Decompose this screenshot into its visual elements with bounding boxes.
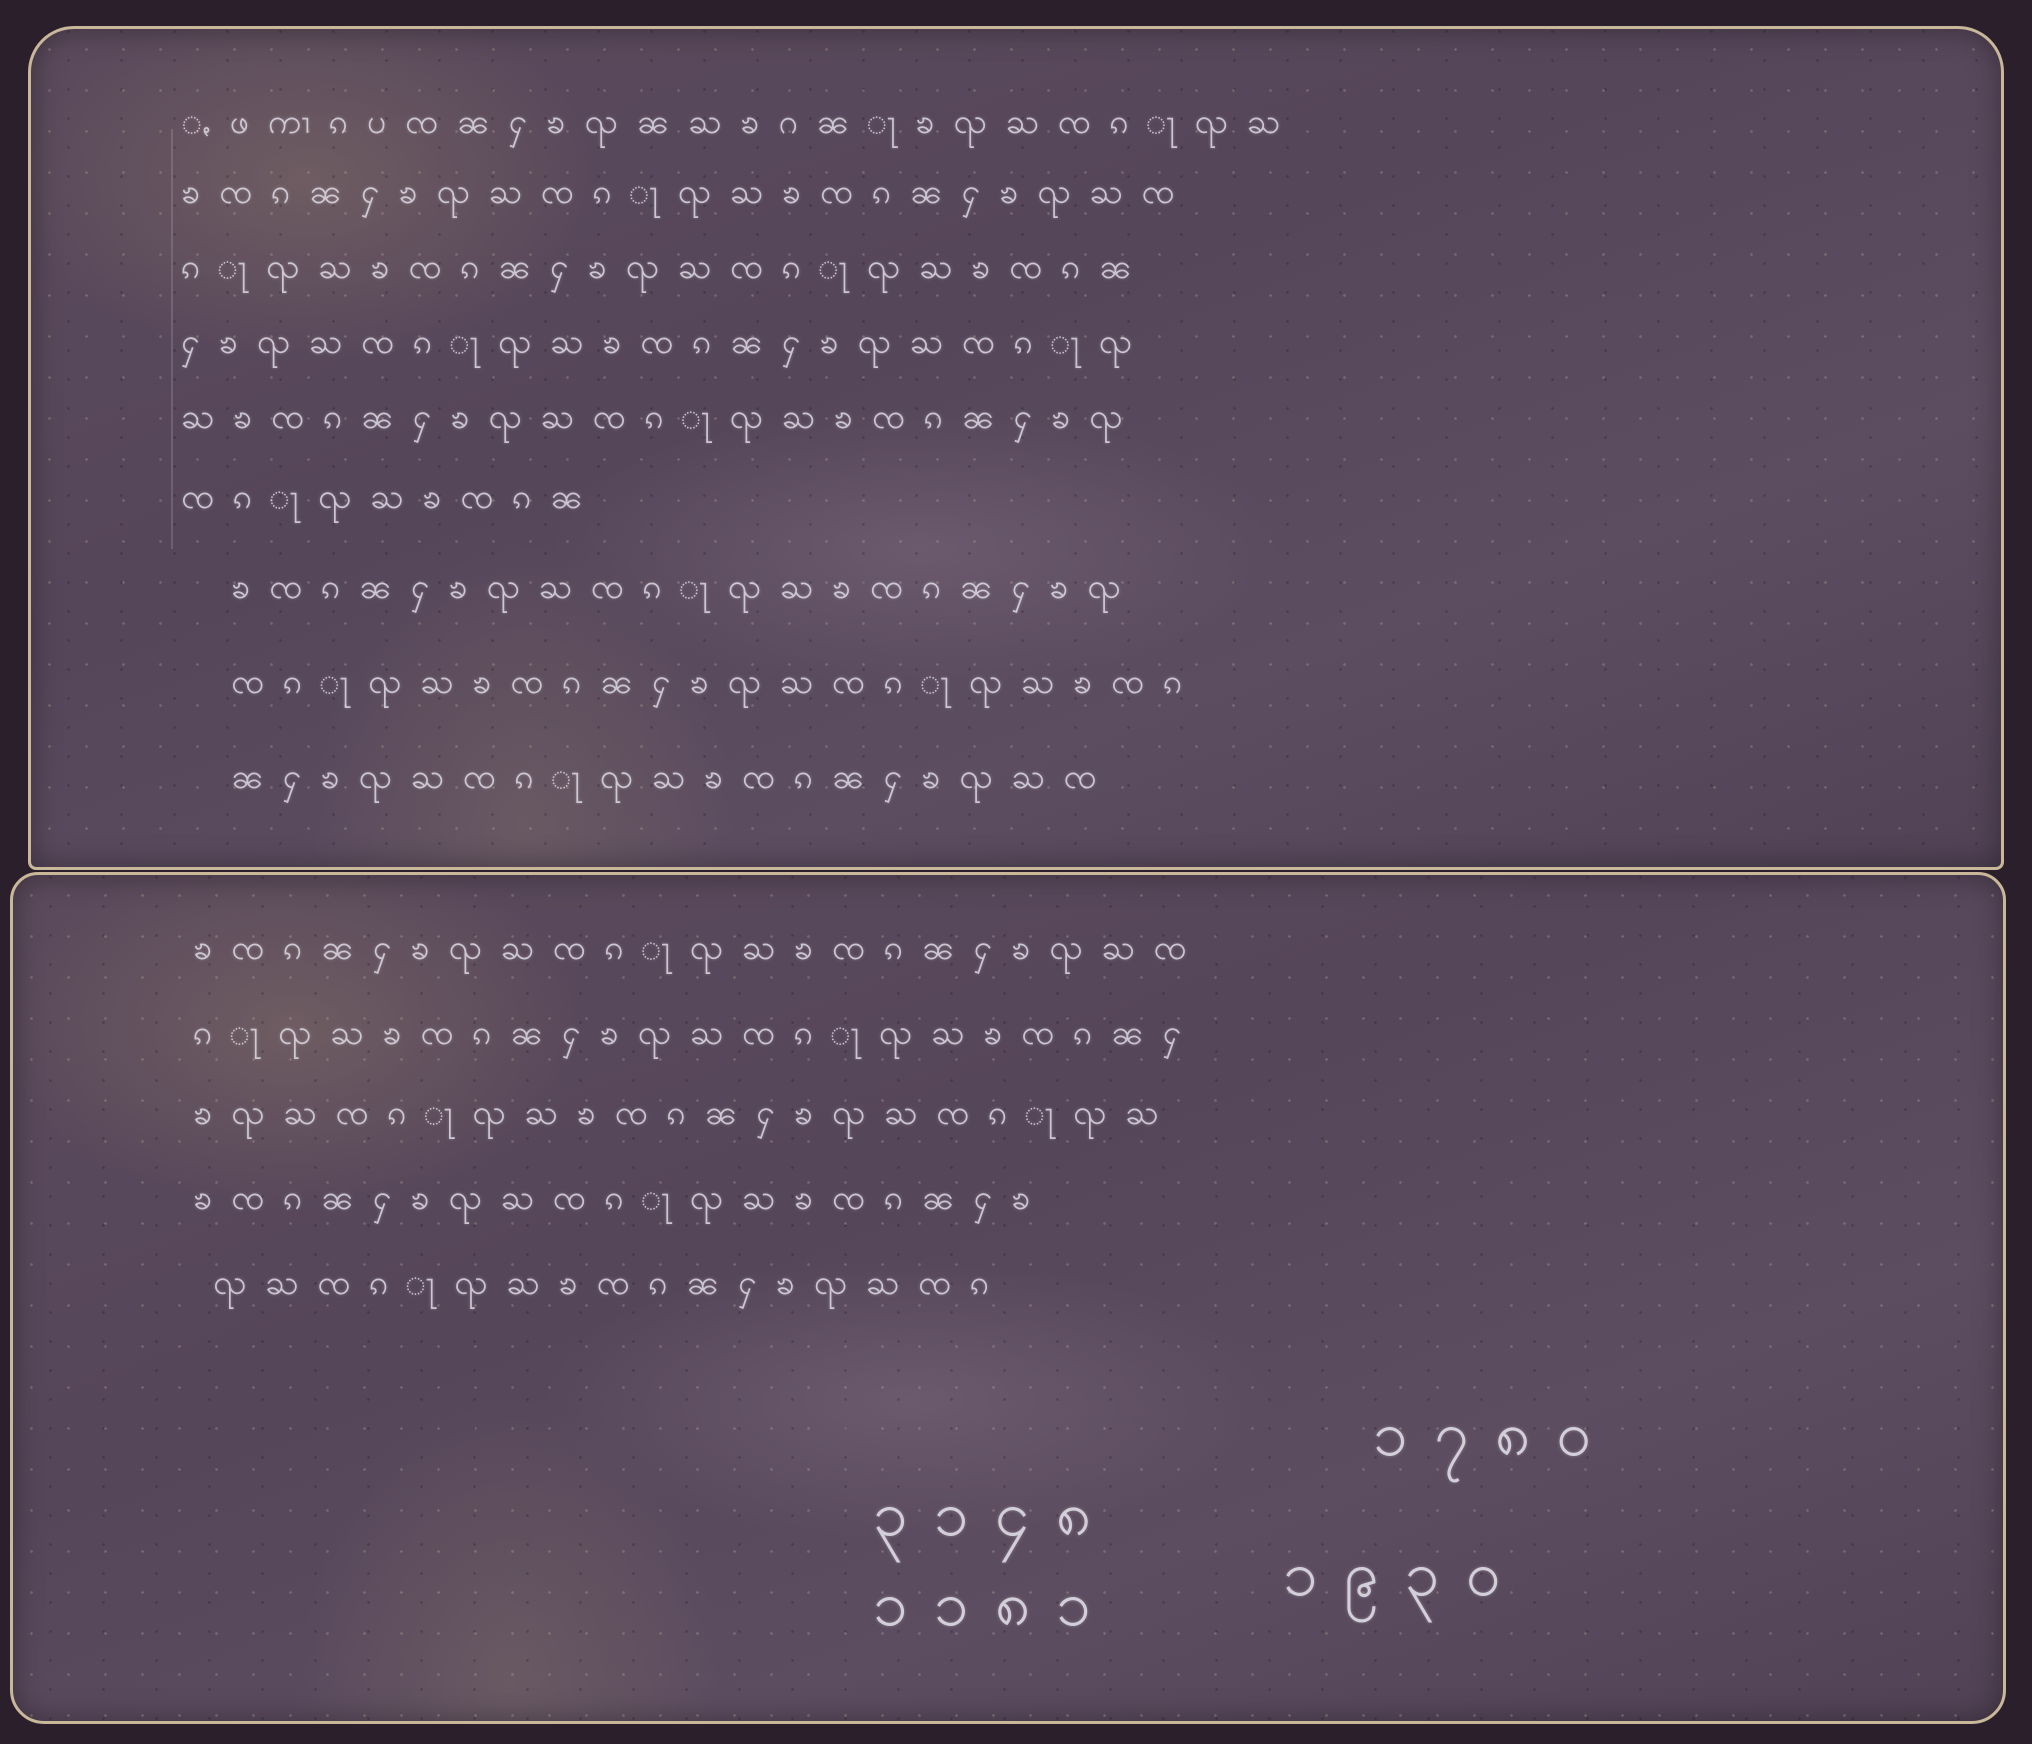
script-line: ၶ ၸ ၵ ၼ ႁ ၶ ၺ ႀ ၸ ၵ ႃ ၺ ႀ ၶ ၸ ၵ ၼ ႁ ၶ ၺ … — [181, 169, 1961, 220]
manuscript-bottom-folio: ၶ ၸ ၵ ၼ ႁ ၶ ၺ ႀ ၸ ၵ ႃ ၺ ႀ ၶ ၸ ၵ ၼ ႁ ၶ ၺ … — [10, 872, 2006, 1724]
script-line: ၸ ၵ ႃ ၺ ႀ ၶ ၸ ၵ ၼ — [181, 474, 881, 525]
script-line: ၶ ၸ ၵ ၼ ႁ ၶ ၺ ႀ ၸ ၵ ႃ ၺ ႀ ၶ ၸ ၵ ၼ ႁ ၶ ၺ — [231, 564, 1931, 615]
script-line: ႀ ၶ ၸ ၵ ၼ ႁ ၶ ၺ ႀ ၸ ၵ ႃ ၺ ႀ ၶ ၸ ၵ ၼ ႁ ၶ … — [181, 394, 1961, 445]
numeral-group: ၁၉၃၀ — [1283, 1535, 1527, 1626]
script-line: ၶ ၸ ၵ ၼ ႁ ၶ ၺ ႀ ၸ ၵ ႃ ၺ ႀ ၶ ၸ ၵ ၼ ႁ ၶ ၺ … — [193, 925, 1953, 976]
numeral-group: ၁၇၈၀ — [1373, 1395, 1617, 1486]
script-line: ၶ ၺ ႀ ၸ ၵ ႃ ၺ ႀ ၶ ၸ ၵ ၼ ႁ ၶ ၺ ႀ ၸ ၵ ႃ ၺ … — [193, 1090, 1953, 1141]
numeral-group: ၃၁၄၈ — [873, 1475, 1117, 1566]
script-line: ၵ ႃ ၺ ႀ ၶ ၸ ၵ ၼ ႁ ၶ ၺ ႀ ၸ ၵ ႃ ၺ ႀ ၶ ၸ ၵ … — [193, 1010, 1953, 1061]
script-line: ႁ ၶ ၺ ႀ ၸ ၵ ႃ ၺ ႀ ၶ ၸ ၵ ၼ ႁ ၶ ၺ ႀ ၸ ၵ ႃ … — [181, 319, 1961, 370]
script-line: ၸ ၵ ႃ ၺ ႀ ၶ ၸ ၵ ၼ ႁ ၶ ၺ ႀ ၸ ၵ ႃ ၺ ႀ ၶ ၸ … — [231, 659, 1931, 710]
numeral-group: ၁၁၈၁ — [873, 1565, 1117, 1656]
manuscript-top-folio: ꩻ ဖ ကၢ ၵ ပ ၸ ၼ ႁ ၶ ၺ ၼ ႀ ၶ ဂ ၼ ႃ ၶ ၺ ႀ ၸ… — [28, 26, 2004, 870]
script-line: ၼ ႁ ၶ ၺ ႀ ၸ ၵ ႃ ၺ ႀ ၶ ၸ ၵ ၼ ႁ ၶ ၺ ႀ ၸ — [231, 754, 1831, 805]
script-line: ꩻ ဖ ကၢ ၵ ပ ၸ ၼ ႁ ၶ ၺ ၼ ႀ ၶ ဂ ၼ ႃ ၶ ၺ ႀ ၸ… — [181, 99, 1961, 150]
script-line: ၶ ၸ ၵ ၼ ႁ ၶ ၺ ႀ ၸ ၵ ႃ ၺ ႀ ၶ ၸ ၵ ၼ ႁ ၶ — [193, 1175, 1953, 1226]
script-line: ၺ ႀ ၸ ၵ ႃ ၺ ႀ ၶ ၸ ၵ ၼ ႁ ၶ ၺ ႀ ၸ ၵ — [213, 1260, 1913, 1311]
margin-rule — [171, 129, 173, 549]
paper-texture — [31, 29, 2001, 867]
script-line: ၵ ႃ ၺ ႀ ၶ ၸ ၵ ၼ ႁ ၶ ၺ ႀ ၸ ၵ ႃ ၺ ႀ ၶ ၸ ၵ … — [181, 244, 1961, 295]
